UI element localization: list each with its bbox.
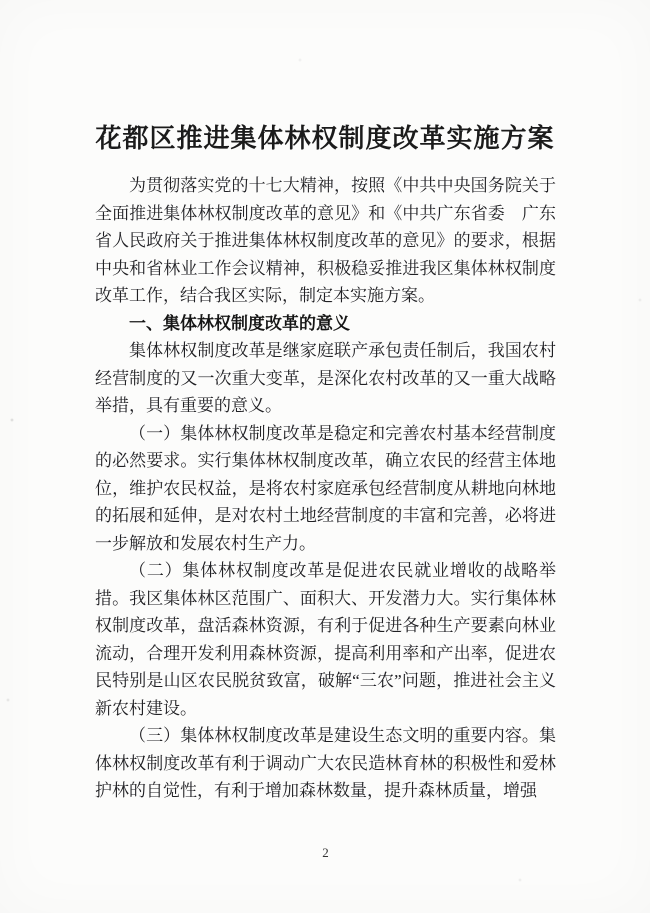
paragraph: （一）集体林权制度改革是稳定和完善农村基本经营制度的必然要求。实行集体林权制度改… — [95, 420, 556, 558]
paragraph: （三）集体林权制度改革是建设生态文明的重要内容。集体林权制度改革有利于调动广大农… — [95, 722, 556, 805]
document-title: 花都区推进集体林权制度改革实施方案 — [0, 118, 650, 155]
paragraph: 集体林权制度改革是继家庭联产承包责任制后，我国农村经营制度的又一次重大变革，是深… — [95, 337, 556, 420]
paragraph: 为贯彻落实党的十七大精神，按照《中共中央国务院关于全面推进集体林权制度改革的意见… — [95, 172, 556, 310]
section-heading: 一、集体林权制度改革的意义 — [95, 310, 556, 338]
document-body: 为贯彻落实党的十七大精神，按照《中共中央国务院关于全面推进集体林权制度改革的意见… — [95, 172, 556, 805]
paragraph: （二）集体林权制度改革是促进农民就业增收的战略举措。我区集体林区范围广、面积大、… — [95, 557, 556, 722]
scanned-document-page: 花都区推进集体林权制度改革实施方案 为贯彻落实党的十七大精神，按照《中共中央国务… — [0, 0, 650, 913]
page-number: 2 — [95, 845, 556, 861]
